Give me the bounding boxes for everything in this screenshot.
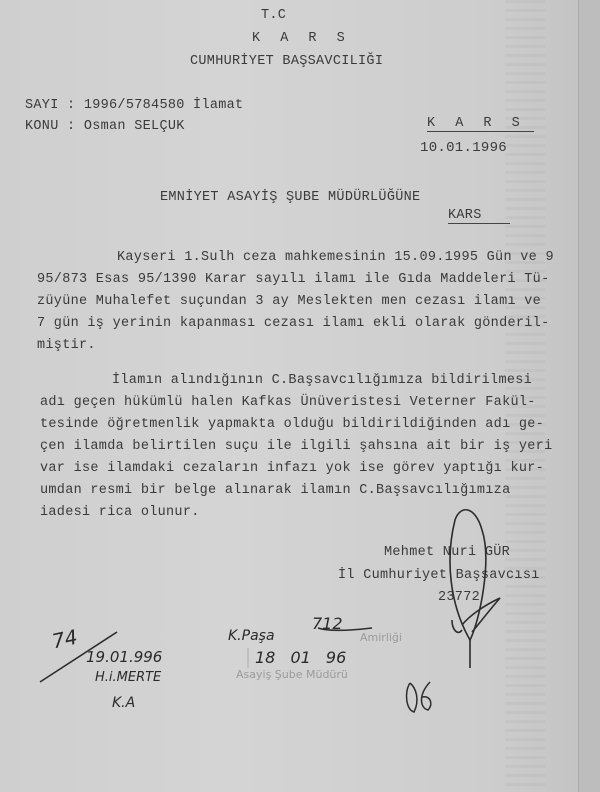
signature-icon: [450, 510, 500, 668]
handwritten-slash-line: [40, 628, 372, 682]
initials-icon: [407, 682, 431, 712]
signature-strokes: [0, 0, 600, 792]
